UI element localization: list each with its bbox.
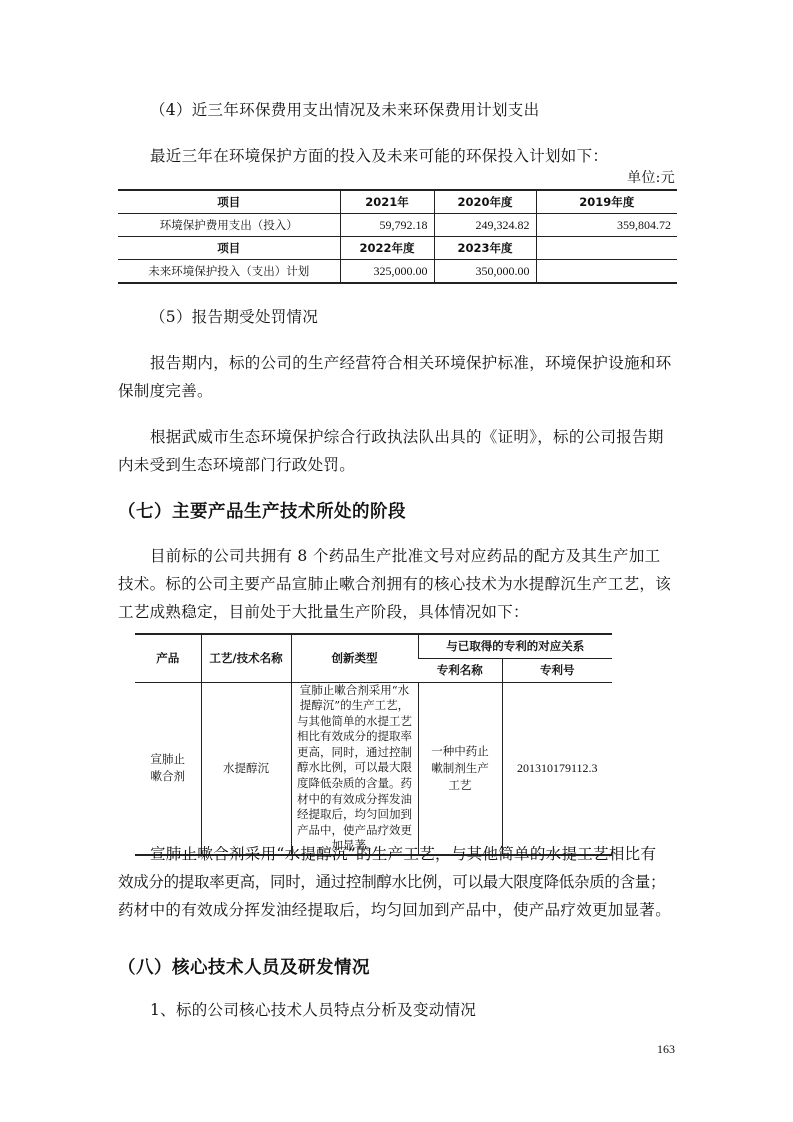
section7-para-line2: 技术。标的公司主要产品宣肺止嗽合剂拥有的核心技术为水提醇沉生产工艺，该 [118,574,671,594]
col-header-patent-no: 专利号 [502,658,612,682]
col-header-patent-name: 专利名称 [418,658,502,682]
row-label: 环境保护费用支出（投入） [118,214,340,237]
section5-para2-line2: 内未受到生态环境部门行政处罚。 [118,455,355,475]
section5-para1-line1: 报告期内，标的公司的生产经营符合相关环境保护标准，环境保护设施和环 [150,353,671,373]
value-2023: 350,000.00 [434,260,536,284]
col-header-patent-group: 与已取得的专利的对应关系 [418,634,612,658]
section8-heading: （八）核心技术人员及研发情况 [118,954,370,979]
empty-cell [536,237,677,260]
col-header-2023: 2023年度 [434,237,536,260]
page-number: 163 [657,1042,675,1057]
table-row: 未来环境保护投入（支出）计划 325,000.00 350,000.00 [118,260,677,284]
value-2019: 359,804.72 [536,214,677,237]
col-header-tech-name: 工艺/技术名称 [201,634,291,682]
table-header-row: 项目 2022年度 2023年度 [118,237,677,260]
col-header-2021: 2021年 [340,190,434,214]
section4-heading: （4）近三年环保费用支出情况及未来环保费用计划支出 [150,100,539,120]
cell-patent-name: 一种中药止嗽制剂生产工艺 [418,682,502,855]
col-header-2019: 2019年度 [536,190,677,214]
col-header-item: 项目 [118,237,340,260]
section5-para2-line1: 根据武威市生态环境保护综合行政执法队出具的《证明》，标的公司报告期 [150,427,664,447]
table-header-row: 项目 2021年 2020年度 2019年度 [118,190,677,214]
section7-after-line3: 药材中的有效成分挥发油经提取后，均匀回加到产品中，使产品疗效更加显著。 [118,900,671,920]
tech-patent-table: 产品 工艺/技术名称 创新类型 与已取得的专利的对应关系 专利名称 专利号 宣肺… [135,633,612,856]
section5-para1-line2: 保制度完善。 [118,381,213,401]
env-expense-table: 项目 2021年 2020年度 2019年度 环境保护费用支出（投入） 59,7… [118,189,677,284]
value-2021: 59,792.18 [340,214,434,237]
table-header-row: 产品 工艺/技术名称 创新类型 与已取得的专利的对应关系 [135,634,612,658]
col-header-product: 产品 [135,634,201,682]
col-header-item: 项目 [118,190,340,214]
col-header-innovation: 创新类型 [291,634,418,682]
cell-innovation: 宣肺止嗽合剂采用“水提醇沉”的生产工艺，与其他简单的水提工艺相比有效成分的提取率… [291,682,418,855]
table-row: 宣肺止嗽合剂 水提醇沉 宣肺止嗽合剂采用“水提醇沉”的生产工艺，与其他简单的水提… [135,682,612,855]
section5-heading: （5）报告期受处罚情况 [150,307,318,327]
value-2022: 325,000.00 [340,260,434,284]
cell-patent-no: 201310179112.3 [502,682,612,855]
section7-after-line2: 效成分的提取率更高，同时，通过控制醇水比例，可以最大限度降低杂质的含量； [118,872,665,892]
empty-cell [536,260,677,284]
section7-para-line1: 目前标的公司共拥有 8 个药品生产批准文号对应药品的配方及其生产加工 [150,546,660,566]
unit-label: 单位:元 [627,168,675,188]
section4-intro: 最近三年在环境保护方面的投入及未来可能的环保投入计划如下： [150,146,608,166]
col-header-2020: 2020年度 [434,190,536,214]
section8-sub1: 1、标的公司核心技术人员特点分析及变动情况 [150,1000,476,1020]
cell-tech-name: 水提醇沉 [201,682,291,855]
cell-product: 宣肺止嗽合剂 [135,682,201,855]
value-2020: 249,324.82 [434,214,536,237]
row-label: 未来环境保护投入（支出）计划 [118,260,340,284]
section7-heading: （七）主要产品生产技术所处的阶段 [118,498,406,523]
section7-after-line1: 宣肺止嗽合剂采用“水提醇沉”的生产工艺，与其他简单的水提工艺相比有 [150,844,656,864]
col-header-2022: 2022年度 [340,237,434,260]
section7-para-line3: 工艺成熟稳定，目前处于大批量生产阶段，具体情况如下： [118,602,529,622]
table-row: 环境保护费用支出（投入） 59,792.18 249,324.82 359,80… [118,214,677,237]
